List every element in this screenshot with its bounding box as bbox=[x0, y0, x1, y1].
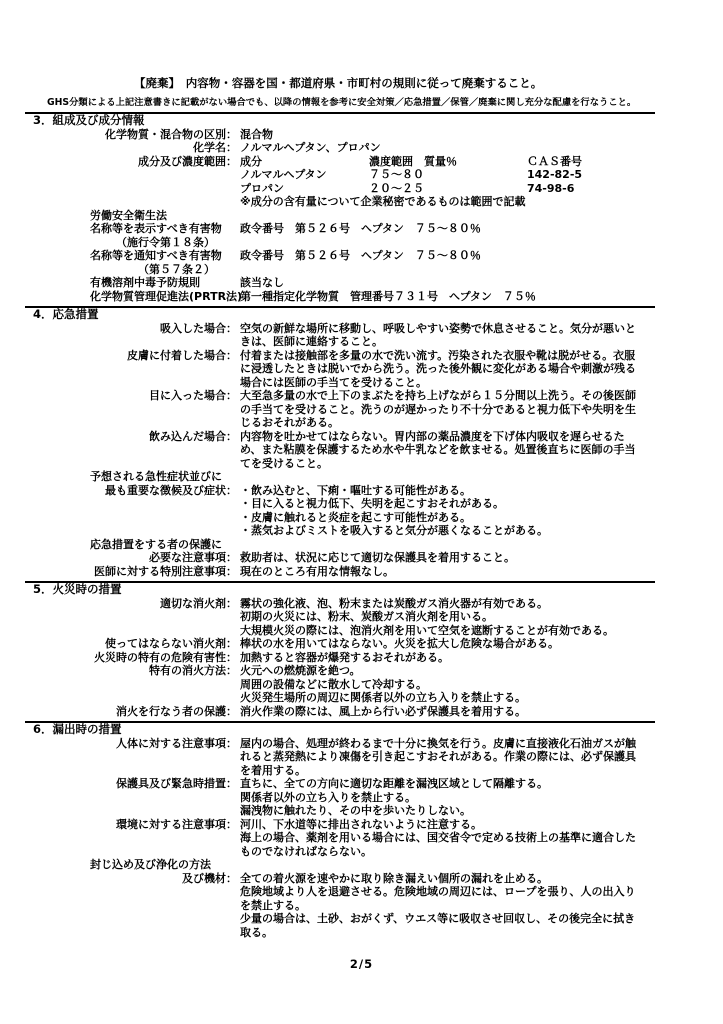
field-value: 空気の新鮮な場所に移動し、呼吸しやすい姿勢で休息させること。気分が悪いときは、医… bbox=[240, 322, 655, 349]
group-label: 労働安全衛生法 bbox=[25, 209, 237, 223]
field-row: 飲み込んだ場合：内容物を吐かせてはならない。胃内部の薬品濃度を下げ体内吸収を遅ら… bbox=[25, 430, 655, 471]
column-header: 濃度範囲 質量％ bbox=[369, 155, 527, 169]
field-label: 保護具及び緊急時措置： bbox=[25, 777, 237, 791]
field-value-line: 棒状の水を用いてはならない。火災を拡大し危険な場合がある。 bbox=[240, 637, 655, 651]
field-value-line: ノルマルヘプタン、プロパン bbox=[240, 141, 655, 155]
field-value-line: 第一種指定化学物質 管理番号７３１号 ヘプタン ７５％ bbox=[240, 290, 655, 304]
field-row: 適切な消火剤：霧状の強化液、泡、粉末または炭酸ガス消火器が有効である。初期の火災… bbox=[25, 597, 655, 638]
field-row: 使ってはならない消火剤：棒状の水を用いてはならない。火災を拡大し危険な場合がある… bbox=[25, 637, 655, 651]
field-label-text: 名称等を通知すべき有害物 bbox=[90, 249, 237, 263]
field-value-line: 加熱すると容器が爆発するおそれがある。 bbox=[240, 651, 655, 665]
field-value-line: 空気の新鮮な場所に移動し、呼吸しやすい姿勢で休息させること。気分が悪いと bbox=[240, 322, 655, 336]
field-value-line: 初期の火災には、粉末、炭酸ガス消火剤を用いる。 bbox=[240, 610, 655, 624]
field-value: 火元への燃焼源を絶つ。周囲の設備などに散水して冷却する。火災発生場所の周辺に関係… bbox=[240, 664, 655, 705]
section-title: 4．応急措置 bbox=[25, 308, 655, 322]
field-label: 適切な消火剤： bbox=[25, 597, 237, 611]
field-value: 大至急多量の水で上下のまぶたを持ち上げながら１５分間以上洗う。その後医師の手当て… bbox=[240, 389, 655, 430]
field-row: 成分及び濃度範囲：成分濃度範囲 質量％ＣＡＳ番号ノルマルヘプタン７５～８０142… bbox=[25, 155, 655, 209]
field-row: 人体に対する注意事項：屋内の場合、処理が終わるまで十分に換気を行う。皮膚に直接液… bbox=[25, 737, 655, 778]
component-name: プロパン bbox=[240, 182, 369, 196]
column-header: 成分 bbox=[240, 155, 369, 169]
field-value-line: ・皮膚に触れると炎症を起こす可能性がある。 bbox=[240, 511, 655, 525]
field-value-line: 関係者以外の立ち入りを禁止する。 bbox=[240, 791, 655, 805]
field-value: 該当なし bbox=[240, 276, 655, 290]
component-concentration: ２０～２５ bbox=[369, 182, 527, 196]
field-value: ・飲み込むと、下痢・嘔吐する可能性がある。・目に入ると視力低下、失明を起こすおそ… bbox=[240, 484, 655, 538]
field-value-line: きは、医師に連絡すること。 bbox=[240, 335, 655, 349]
field-row: 目に入った場合：大至急多量の水で上下のまぶたを持ち上げながら１５分間以上洗う。そ… bbox=[25, 389, 655, 430]
field-value-line: 大規模火災の際には、泡消火剤を用いて空気を遮断することが有効である。 bbox=[240, 624, 655, 638]
field-label-text: 名称等を表示すべき有害物 bbox=[90, 222, 237, 236]
field-value-line: 屋内の場合、処理が終わるまで十分に換気を行う。皮膚に直接液化石油ガスが触 bbox=[240, 737, 655, 751]
field-value-line: 混合物 bbox=[240, 128, 655, 142]
field-row: 吸入した場合：空気の新鮮な場所に移動し、呼吸しやすい姿勢で休息させること。気分が… bbox=[25, 322, 655, 349]
field-row: 化学物質管理促進法(PRTR法)第一種指定化学物質 管理番号７３１号 ヘプタン … bbox=[25, 290, 655, 304]
field-label: 有機溶剤中毒予防規則 bbox=[25, 276, 237, 290]
field-value-line: れると蒸発熱により凍傷を引き起こすおそれがある。作業の際には、必ず保護具 bbox=[240, 750, 655, 764]
field-value-line: め、また粘膜を保護するため水や牛乳などを飲ませる。処置後直ちに医師の手当 bbox=[240, 443, 655, 457]
field-label: 特有の消火方法： bbox=[25, 664, 237, 678]
field-value: 河川、下水道等に排出されないように注意する。海上の場合、薬剤を用いる場合には、国… bbox=[240, 818, 655, 859]
field-row: 及び機材：全ての着火源を速やかに取り除き漏えい個所の漏れを止める。危険地域より人… bbox=[25, 872, 655, 940]
field-row: 化学名：ノルマルヘプタン、プロパン bbox=[25, 141, 655, 155]
field-value-line: 火元への燃焼源を絶つ。 bbox=[240, 664, 655, 678]
field-label: 飲み込んだ場合： bbox=[25, 430, 237, 444]
field-value: 全ての着火源を速やかに取り除き漏えい個所の漏れを止める。危険地域より人を退避させ… bbox=[240, 872, 655, 940]
component-cas-number: 142-82-5 bbox=[527, 168, 655, 182]
field-value-line: 内容物を吐かせてはならない。胃内部の薬品濃度を下げ体内吸収を遅らせるた bbox=[240, 430, 655, 444]
field-label: 目に入った場合： bbox=[25, 389, 237, 403]
field-value-line: の手当てを受けること。洗うのが遅かったり不十分であると視力低下や失明を生 bbox=[240, 403, 655, 417]
field-label: 名称等を表示すべき有害物（施行令第１８条） bbox=[25, 222, 237, 249]
field-value-line: 海上の場合、薬剤を用いる場合には、国交省令で定める技術上の基準に適合した bbox=[240, 831, 655, 845]
field-row: 火災時の特有の危険有害性：加熱すると容器が爆発するおそれがある。 bbox=[25, 651, 655, 665]
field-value-line: 火災発生場所の周辺に関係者以外の立ち入りを禁止する。 bbox=[240, 691, 655, 705]
field-label: 医師に対する特別注意事項： bbox=[25, 565, 237, 579]
field-row: 消火を行なう者の保護：消火作業の際には、風上から行い必ず保護具を着用する。 bbox=[25, 705, 655, 719]
field-value-line: 救助者は、状況に応じて適切な保護具を着用すること。 bbox=[240, 551, 655, 565]
field-value: 現在のところ有用な情報なし。 bbox=[240, 565, 655, 579]
disposal-notice: 【廃棄】 内容物・容器を国・都道府県・市町村の規則に従って廃棄すること。 bbox=[25, 77, 655, 91]
field-label: 最も重要な徴候及び症状： bbox=[25, 484, 237, 498]
field-row: 封じ込め及び浄化の方法 bbox=[25, 858, 655, 872]
field-value-line: 取る。 bbox=[240, 926, 655, 940]
field-label: 及び機材： bbox=[25, 872, 237, 886]
document-content: 【廃棄】 内容物・容器を国・都道府県・市町村の規則に従って廃棄すること。 GHS… bbox=[25, 77, 655, 939]
field-value-line: 河川、下水道等に排出されないように注意する。 bbox=[240, 818, 655, 832]
field-value-line: 該当なし bbox=[240, 276, 655, 290]
column-header: ＣＡＳ番号 bbox=[527, 155, 655, 169]
sds-page: 【廃棄】 内容物・容器を国・都道府県・市町村の規則に従って廃棄すること。 GHS… bbox=[0, 0, 723, 1024]
component-table-row: ノルマルヘプタン７５～８０142-82-5 bbox=[240, 168, 655, 182]
field-value: 消火作業の際には、風上から行い必ず保護具を着用する。 bbox=[240, 705, 655, 719]
field-row: 環境に対する注意事項：河川、下水道等に排出されないように注意する。海上の場合、薬… bbox=[25, 818, 655, 859]
field-label: 消火を行なう者の保護： bbox=[25, 705, 237, 719]
field-sublabel: （第５７条２） bbox=[90, 263, 237, 277]
group-label: 応急措置をする者の保護に bbox=[25, 538, 237, 552]
field-value-line: 霧状の強化液、泡、粉末または炭酸ガス消火器が有効である。 bbox=[240, 597, 655, 611]
field-value-line: 危険地域より人を退避させる。危険地域の周辺には、ロープを張り、人の出入り bbox=[240, 885, 655, 899]
field-row: 皮膚に付着した場合：付着または接触部を多量の水で洗い流す。汚染された衣服や靴は脱… bbox=[25, 349, 655, 390]
field-label: 人体に対する注意事項： bbox=[25, 737, 237, 751]
field-value-line: 現在のところ有用な情報なし。 bbox=[240, 565, 655, 579]
field-value-line: 付着または接触部を多量の水で洗い流す。汚染された衣服や靴は脱がせる。衣服 bbox=[240, 349, 655, 363]
field-value-line: ・飲み込むと、下痢・嘔吐する可能性がある。 bbox=[240, 484, 655, 498]
field-label: 化学名： bbox=[25, 141, 237, 155]
field-row: 労働安全衛生法 bbox=[25, 209, 655, 223]
field-value: 付着または接触部を多量の水で洗い流す。汚染された衣服や靴は脱がせる。衣服に浸透し… bbox=[240, 349, 655, 390]
field-label: 吸入した場合： bbox=[25, 322, 237, 336]
table-note: ※成分の含有量について企業秘密であるものは範囲で記載 bbox=[240, 195, 655, 209]
field-label: 使ってはならない消火剤： bbox=[25, 637, 237, 651]
field-label: 火災時の特有の危険有害性： bbox=[25, 651, 237, 665]
field-value-line: てを受けること。 bbox=[240, 457, 655, 471]
section-title: 3．組成及び成分情報 bbox=[25, 114, 655, 128]
field-value: 霧状の強化液、泡、粉末または炭酸ガス消火器が有効である。初期の火災には、粉末、炭… bbox=[240, 597, 655, 638]
field-row: 最も重要な徴候及び症状：・飲み込むと、下痢・嘔吐する可能性がある。・目に入ると視… bbox=[25, 484, 655, 538]
component-table-row: プロパン２０～２５74-98-6 bbox=[240, 182, 655, 196]
section-title: 5．火災時の措置 bbox=[25, 583, 655, 597]
field-row: 特有の消火方法：火元への燃焼源を絶つ。周囲の設備などに散水して冷却する。火災発生… bbox=[25, 664, 655, 705]
field-label-text: 有機溶剤中毒予防規則 bbox=[90, 276, 237, 290]
field-label-text: 化学物質管理促進法(PRTR法) bbox=[90, 290, 237, 304]
field-value: 政令番号 第５２６号 ヘプタン ７５～８０％ bbox=[240, 222, 655, 236]
field-value-line: を着用する。 bbox=[240, 764, 655, 778]
section-title: 6．漏出時の措置 bbox=[25, 723, 655, 737]
field-row: 医師に対する特別注意事項：現在のところ有用な情報なし。 bbox=[25, 565, 655, 579]
field-value: 混合物 bbox=[240, 128, 655, 142]
field-row: 化学物質・混合物の区別：混合物 bbox=[25, 128, 655, 142]
group-label: 予想される急性症状並びに bbox=[25, 470, 237, 484]
field-value: 直ちに、全ての方向に適切な距離を漏洩区域として隔離する。関係者以外の立ち入りを禁… bbox=[240, 777, 655, 818]
field-value-line: を禁止する。 bbox=[240, 899, 655, 913]
field-value-line: 政令番号 第５２６号 ヘプタン ７５～８０％ bbox=[240, 222, 655, 236]
group-label: 封じ込め及び浄化の方法 bbox=[25, 858, 237, 872]
field-row: 予想される急性症状並びに bbox=[25, 470, 655, 484]
field-value-line: 場合には医師の手当てを受けること。 bbox=[240, 376, 655, 390]
field-label: 必要な注意事項： bbox=[25, 551, 237, 565]
field-row: 名称等を表示すべき有害物（施行令第１８条）政令番号 第５２６号 ヘプタン ７５～… bbox=[25, 222, 655, 249]
field-value-line: じるおそれがある。 bbox=[240, 416, 655, 430]
field-label: 皮膚に付着した場合： bbox=[25, 349, 237, 363]
component-cas-number: 74-98-6 bbox=[527, 182, 655, 196]
field-value: 加熱すると容器が爆発するおそれがある。 bbox=[240, 651, 655, 665]
field-value-line: 消火作業の際には、風上から行い必ず保護具を着用する。 bbox=[240, 705, 655, 719]
field-value: 内容物を吐かせてはならない。胃内部の薬品濃度を下げ体内吸収を遅らせるため、また粘… bbox=[240, 430, 655, 471]
field-value-line: に浸透したときは脱いでから洗う。洗った後外観に変化がある場合や刺激が残る bbox=[240, 362, 655, 376]
component-concentration: ７５～８０ bbox=[369, 168, 527, 182]
field-value-line: ものでなければならない。 bbox=[240, 845, 655, 859]
field-row: 応急措置をする者の保護に bbox=[25, 538, 655, 552]
field-row: 有機溶剤中毒予防規則該当なし bbox=[25, 276, 655, 290]
field-value: 棒状の水を用いてはならない。火災を拡大し危険な場合がある。 bbox=[240, 637, 655, 651]
component-name: ノルマルヘプタン bbox=[240, 168, 369, 182]
field-value-line: 大至急多量の水で上下のまぶたを持ち上げながら１５分間以上洗う。その後医師 bbox=[240, 389, 655, 403]
field-value-line: 少量の場合は、土砂、おがくず、ウエス等に吸収させ回収し、その後完全に拭き bbox=[240, 912, 655, 926]
field-sublabel: （施行令第１８条） bbox=[90, 236, 237, 250]
field-label: 名称等を通知すべき有害物（第５７条２） bbox=[25, 249, 237, 276]
field-value-line: 全ての着火源を速やかに取り除き漏えい個所の漏れを止める。 bbox=[240, 872, 655, 886]
field-label: 成分及び濃度範囲： bbox=[25, 155, 237, 169]
page-number: 2/5 bbox=[0, 958, 723, 972]
field-value-line: 直ちに、全ての方向に適切な距離を漏洩区域として隔離する。 bbox=[240, 777, 655, 791]
field-label: 化学物質・混合物の区別： bbox=[25, 128, 237, 142]
field-value-line: 政令番号 第５２６号 ヘプタン ７５～８０％ bbox=[240, 249, 655, 263]
field-value-line: 周囲の設備などに散水して冷却する。 bbox=[240, 678, 655, 692]
field-value-line: ・目に入ると視力低下、失明を起こすおそれがある。 bbox=[240, 497, 655, 511]
component-table: 成分濃度範囲 質量％ＣＡＳ番号ノルマルヘプタン７５～８０142-82-5プロパン… bbox=[240, 155, 655, 209]
field-value: 政令番号 第５２６号 ヘプタン ７５～８０％ bbox=[240, 249, 655, 263]
field-value: 屋内の場合、処理が終わるまで十分に換気を行う。皮膚に直接液化石油ガスが触れると蒸… bbox=[240, 737, 655, 778]
field-value-line: 漏洩物に触れたり、その中を歩いたりしない。 bbox=[240, 804, 655, 818]
field-value: 第一種指定化学物質 管理番号７３１号 ヘプタン ７５％ bbox=[240, 290, 655, 304]
field-row: 必要な注意事項：救助者は、状況に応じて適切な保護具を着用すること。 bbox=[25, 551, 655, 565]
sections-container: 3．組成及び成分情報化学物質・混合物の区別：混合物化学名：ノルマルヘプタン、プロ… bbox=[25, 112, 655, 939]
field-row: 名称等を通知すべき有害物（第５７条２）政令番号 第５２６号 ヘプタン ７５～８０… bbox=[25, 249, 655, 276]
field-value: 救助者は、状況に応じて適切な保護具を着用すること。 bbox=[240, 551, 655, 565]
field-label: 化学物質管理促進法(PRTR法) bbox=[25, 290, 237, 304]
field-row: 保護具及び緊急時措置：直ちに、全ての方向に適切な距離を漏洩区域として隔離する。関… bbox=[25, 777, 655, 818]
ghs-note: GHS分類による上記注意書きに記載がない場合でも、以降の情報を参考に安全対策／応… bbox=[25, 96, 655, 110]
component-table-header: 成分濃度範囲 質量％ＣＡＳ番号 bbox=[240, 155, 655, 169]
field-value: ノルマルヘプタン、プロパン bbox=[240, 141, 655, 155]
field-value-line: ・蒸気およびミストを吸入すると気分が悪くなることがある。 bbox=[240, 524, 655, 538]
field-label: 環境に対する注意事項： bbox=[25, 818, 237, 832]
